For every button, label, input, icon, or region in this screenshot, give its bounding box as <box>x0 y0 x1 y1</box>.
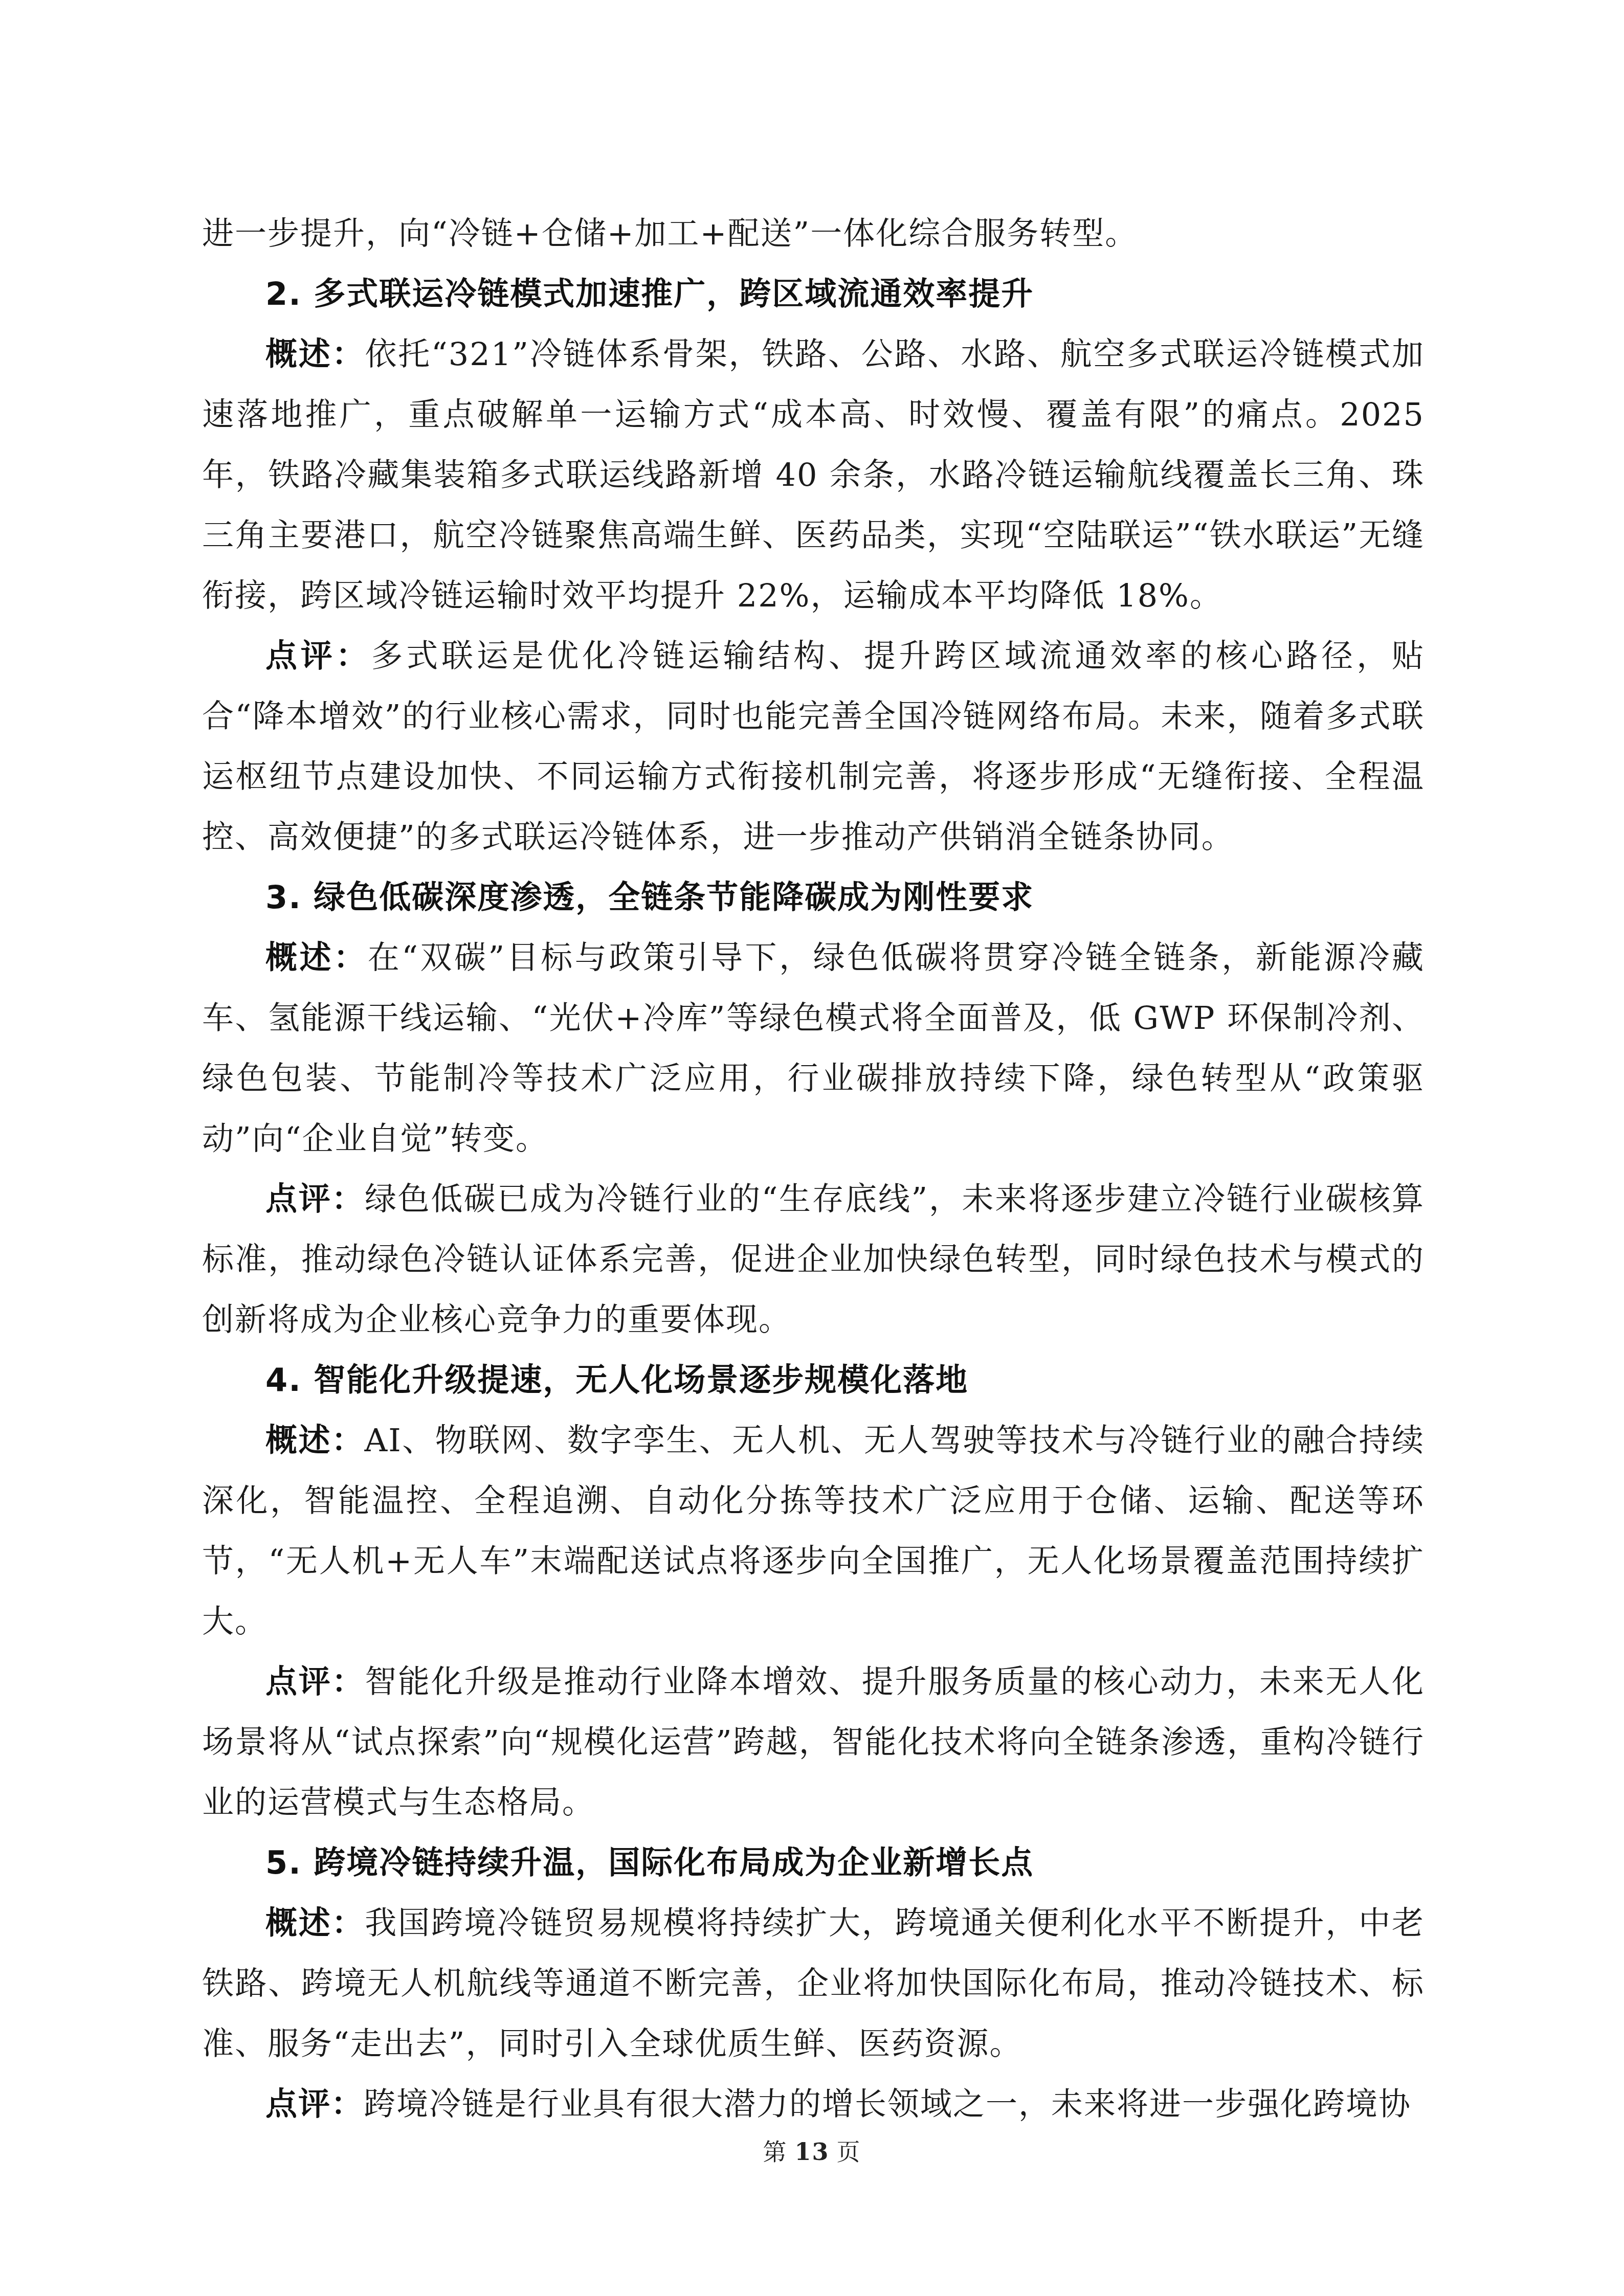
section-heading: 2. 多式联运冷链模式加速推广，跨区域流通效率提升 <box>202 264 1425 324</box>
overview-paragraph: 概述：我国跨境冷链贸易规模将持续扩大，跨境通关便利化水平不断提升，中老铁路、跨境… <box>202 1893 1425 2074</box>
comment-label: 点评： <box>265 2085 364 2123</box>
overview-paragraph: 概述：依托“321”冷链体系骨架，铁路、公路、水路、航空多式联运冷链模式加速落地… <box>202 324 1425 626</box>
overview-text: AI、物联网、数字孪生、无人机、无人驾驶等技术与冷链行业的融合持续深化，智能温控… <box>202 1422 1425 1640</box>
comment-text: 智能化升级是推动行业降本增效、提升服务质量的核心动力，未来无人化场景将从“试点探… <box>202 1663 1425 1821</box>
section-2: 2. 多式联运冷链模式加速推广，跨区域流通效率提升 概述：依托“321”冷链体系… <box>202 264 1425 867</box>
comment-paragraph: 点评：跨境冷链是行业具有很大潜力的增长领域之一，未来将进一步强化跨境协 <box>202 2074 1425 2134</box>
comment-text: 跨境冷链是行业具有很大潜力的增长领域之一，未来将进一步强化跨境协 <box>364 2085 1411 2123</box>
comment-label: 点评： <box>265 1663 365 1700</box>
section-heading: 3. 绿色低碳深度渗透，全链条节能降碳成为刚性要求 <box>202 867 1425 928</box>
overview-paragraph: 概述：AI、物联网、数字孪生、无人机、无人驾驶等技术与冷链行业的融合持续深化，智… <box>202 1410 1425 1652</box>
overview-label: 概述： <box>265 1904 365 1942</box>
overview-paragraph: 概述：在“双碳”目标与政策引导下，绿色低碳将贯穿冷链全链条，新能源冷藏车、氢能源… <box>202 928 1425 1169</box>
page-footer: 第13页 <box>0 2133 1624 2167</box>
section-4: 4. 智能化升级提速，无人化场景逐步规模化落地 概述：AI、物联网、数字孪生、无… <box>202 1350 1425 1833</box>
comment-paragraph: 点评：绿色低碳已成为冷链行业的“生存底线”，未来将逐步建立冷链行业碳核算标准，推… <box>202 1169 1425 1350</box>
overview-text: 依托“321”冷链体系骨架，铁路、公路、水路、航空多式联运冷链模式加速落地推广，… <box>202 335 1425 614</box>
comment-text: 多式联运是优化冷链运输结构、提升跨区域流通效率的核心路径，贴合“降本增效”的行业… <box>202 637 1425 856</box>
comment-label: 点评： <box>265 637 371 674</box>
overview-text: 我国跨境冷链贸易规模将持续扩大，跨境通关便利化水平不断提升，中老铁路、跨境无人机… <box>202 1904 1425 2062</box>
overview-label: 概述： <box>265 1422 364 1459</box>
page-body: 进一步提升，向“冷链+仓储+加工+配送”一体化综合服务转型。 2. 多式联运冷链… <box>202 204 1425 2134</box>
page-number: 13 <box>794 2138 829 2166</box>
comment-text: 绿色低碳已成为冷链行业的“生存底线”，未来将逐步建立冷链行业碳核算标准，推动绿色… <box>202 1180 1425 1338</box>
section-heading: 5. 跨境冷链持续升温，国际化布局成为企业新增长点 <box>202 1833 1425 1893</box>
continuation-paragraph: 进一步提升，向“冷链+仓储+加工+配送”一体化综合服务转型。 <box>202 204 1425 264</box>
overview-text: 在“双碳”目标与政策引导下，绿色低碳将贯穿冷链全链条，新能源冷藏车、氢能源干线运… <box>202 939 1425 1157</box>
comment-label: 点评： <box>265 1180 365 1218</box>
section-5: 5. 跨境冷链持续升温，国际化布局成为企业新增长点 概述：我国跨境冷链贸易规模将… <box>202 1833 1425 2134</box>
section-3: 3. 绿色低碳深度渗透，全链条节能降碳成为刚性要求 概述：在“双碳”目标与政策引… <box>202 867 1425 1350</box>
comment-paragraph: 点评：智能化升级是推动行业降本增效、提升服务质量的核心动力，未来无人化场景将从“… <box>202 1652 1425 1833</box>
overview-label: 概述： <box>265 335 365 373</box>
section-heading: 4. 智能化升级提速，无人化场景逐步规模化落地 <box>202 1350 1425 1410</box>
document-page: 进一步提升，向“冷链+仓储+加工+配送”一体化综合服务转型。 2. 多式联运冷链… <box>0 0 1624 2296</box>
page-number-prefix: 第 <box>763 2138 787 2166</box>
overview-label: 概述： <box>265 939 368 976</box>
page-number-suffix: 页 <box>837 2138 861 2166</box>
comment-paragraph: 点评：多式联运是优化冷链运输结构、提升跨区域流通效率的核心路径，贴合“降本增效”… <box>202 626 1425 867</box>
